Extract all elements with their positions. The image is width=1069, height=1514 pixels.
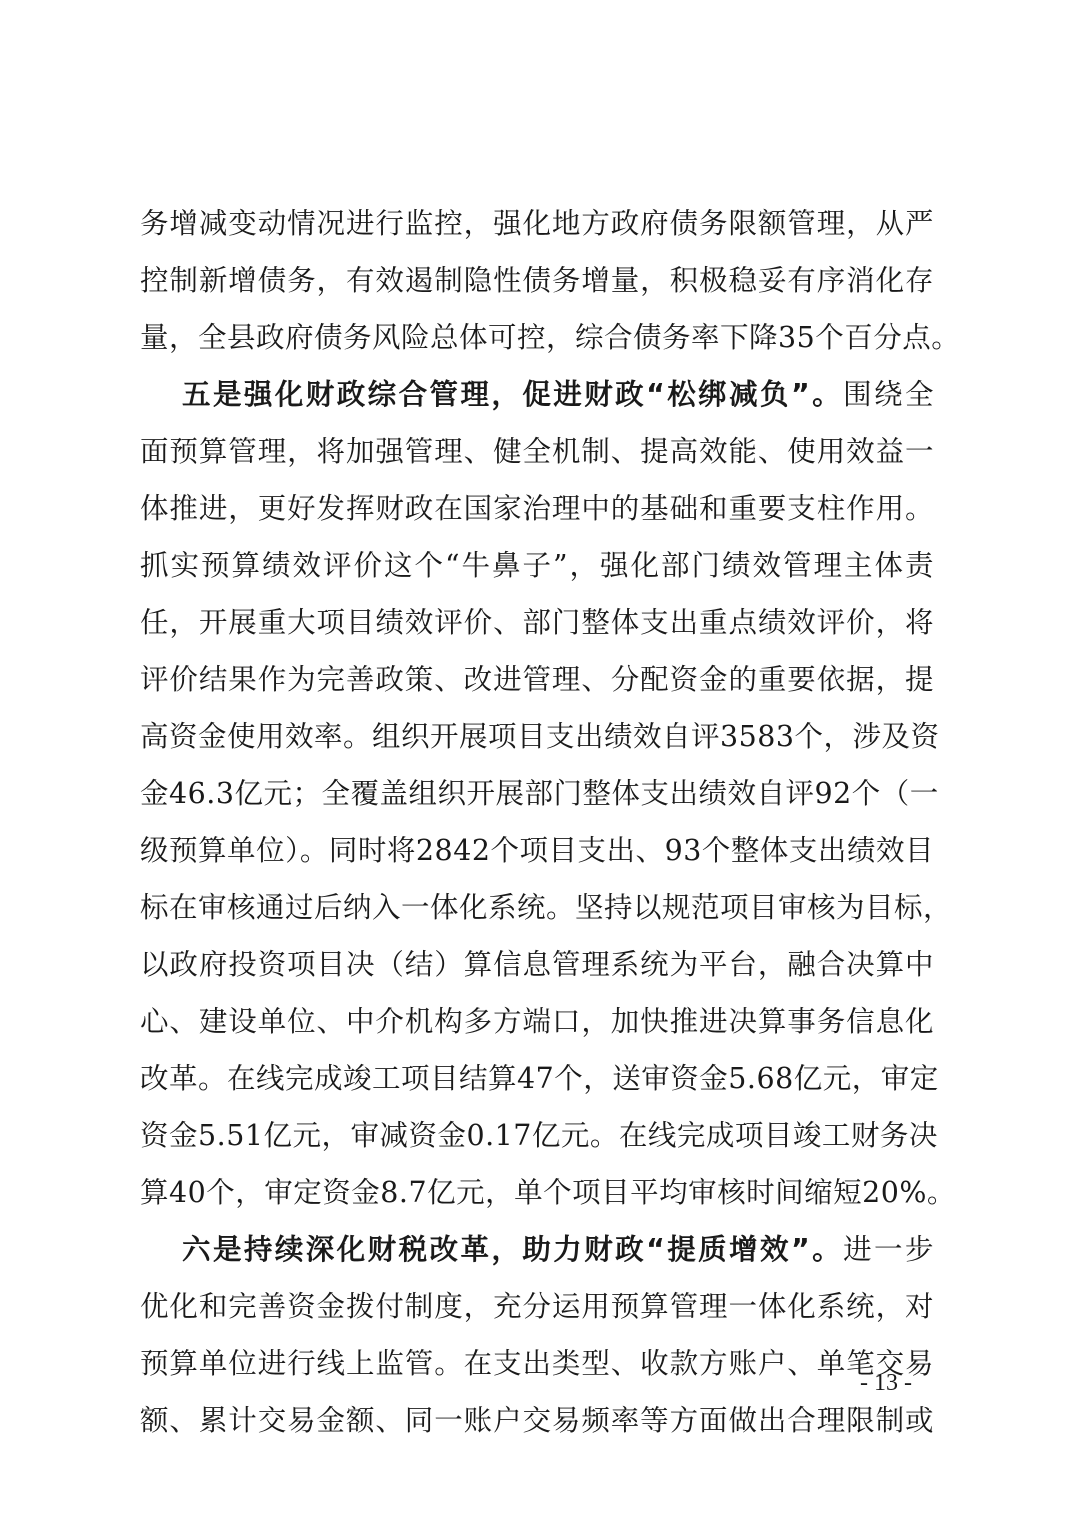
- body-line: 级预算单位）。同时将2842个项目支出、93个整体支出绩效目: [140, 823, 934, 879]
- body-line: 改革。在线完成竣工项目结算47个，送审资金5.68亿元，审定: [140, 1051, 934, 1107]
- page-number: - 13 -: [860, 1370, 912, 1397]
- body-line: 体推进，更好发挥财政在国家治理中的基础和重要支柱作用。: [140, 481, 934, 537]
- section-heading-five: 五是强化财政综合管理，促进财政“松绑减负”。: [182, 378, 843, 411]
- section-six-line: 六是持续深化财税改革，助力财政“提质增效”。进一步: [182, 1222, 934, 1278]
- body-line: 量，全县政府债务风险总体可控，综合债务率下降35个百分点。: [140, 310, 934, 366]
- body-line: 评价结果作为完善政策、改进管理、分配资金的重要依据，提: [140, 652, 934, 708]
- body-line: 额、累计交易金额、同一账户交易频率等方面做出合理限制或: [140, 1393, 934, 1449]
- body-line: 以政府投资项目决（结）算信息管理系统为平台，融合决算中: [140, 937, 934, 993]
- body-line: 面预算管理，将加强管理、健全机制、提高效能、使用效益一: [140, 424, 934, 480]
- body-line: 高资金使用效率。组织开展项目支出绩效自评3583个，涉及资: [140, 709, 934, 765]
- section-heading-six: 六是持续深化财税改革，助力财政“提质增效”。: [182, 1233, 843, 1266]
- body-line: 任，开展重大项目绩效评价、部门整体支出重点绩效评价，将: [140, 595, 934, 651]
- body-line: 预算单位进行线上监管。在支出类型、收款方账户、单笔交易: [140, 1336, 934, 1392]
- body-line: 金46.3亿元；全覆盖组织开展部门整体支出绩效自评92个（一: [140, 766, 934, 822]
- body-text: 围绕全: [843, 378, 934, 411]
- body-line: 优化和完善资金拨付制度，充分运用预算管理一体化系统，对: [140, 1279, 934, 1335]
- body-line: 标在审核通过后纳入一体化系统。坚持以规范项目审核为目标，: [140, 880, 934, 936]
- body-line: 算40个，审定资金8.7亿元，单个项目平均审核时间缩短20%。: [140, 1165, 934, 1221]
- body-line: 控制新增债务，有效遏制隐性债务增量，积极稳妥有序消化存: [140, 253, 934, 309]
- body-text: 进一步: [843, 1233, 934, 1266]
- body-line: 务增减变动情况进行监控，强化地方政府债务限额管理，从严: [140, 196, 934, 252]
- body-line: 抓实预算绩效评价这个“牛鼻子”，强化部门绩效管理主体责: [140, 538, 934, 594]
- section-five-line: 五是强化财政综合管理，促进财政“松绑减负”。围绕全: [182, 367, 934, 423]
- body-line: 资金5.51亿元，审减资金0.17亿元。在线完成项目竣工财务决: [140, 1108, 934, 1164]
- body-line: 心、建设单位、中介机构多方端口，加快推进决算事务信息化: [140, 994, 934, 1050]
